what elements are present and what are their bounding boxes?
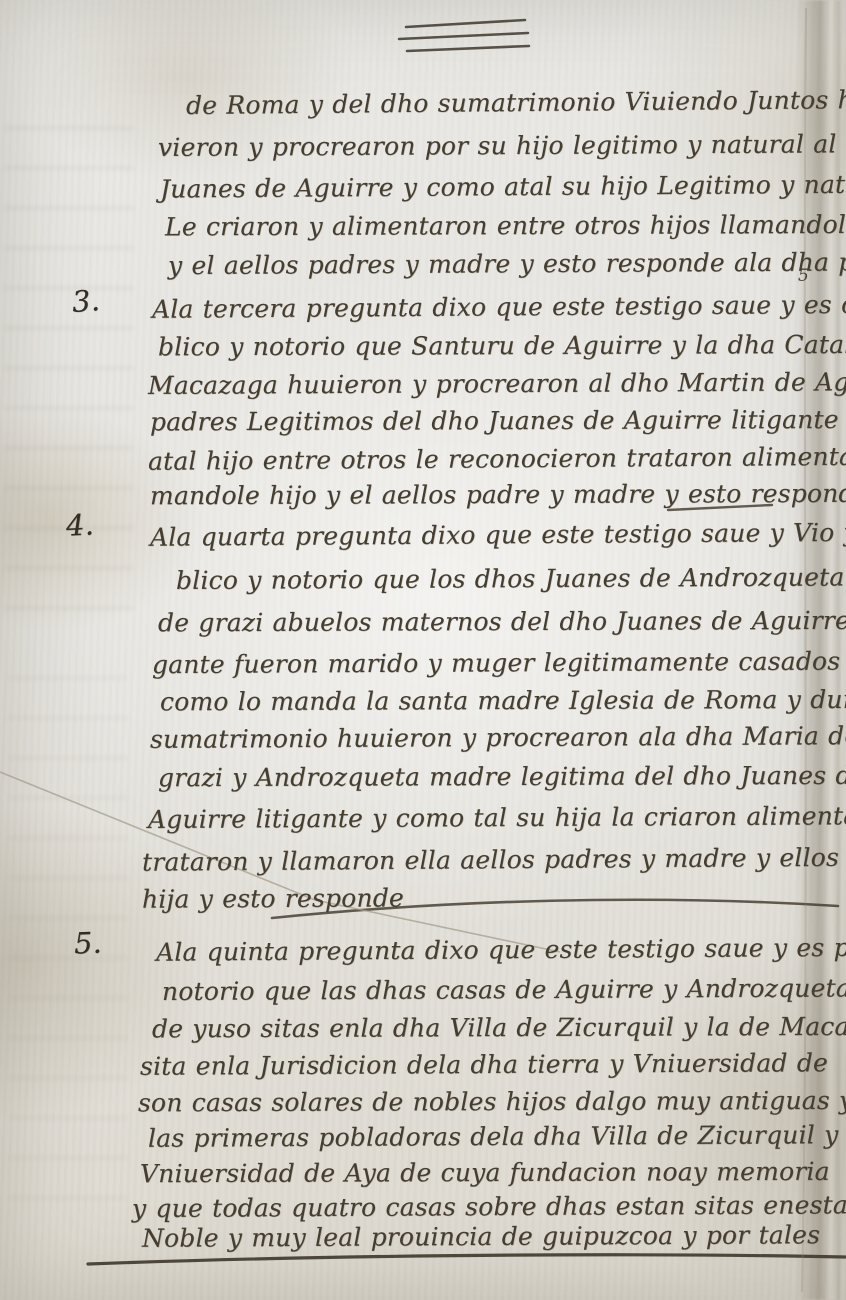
manuscript-line: gante fueron marido y muger legitimament… (152, 646, 846, 679)
manuscript-line: mandole hijo y el aellos padre y madre y… (150, 479, 846, 511)
manuscript-line: y el aellos padres y madre y esto respon… (168, 247, 846, 280)
manuscript-line: Vniuersidad de Aya de cuya fundacion noa… (140, 1157, 830, 1188)
manuscript-line: son casas solares de nobles hijos dalgo … (138, 1086, 846, 1118)
paragraph-number: 5. (73, 926, 102, 961)
manuscript-line: hija y esto responde (142, 883, 404, 913)
manuscript-line: padres Legitimos del dho Juanes de Aguir… (150, 405, 846, 437)
manuscript-line: las primeras pobladoras dela dha Villa d… (148, 1120, 839, 1153)
manuscript-line: de Roma y del dho sumatrimonio Viuiendo … (186, 85, 846, 120)
manuscript-line: Noble y muy leal prouincia de guipuzcoa … (142, 1220, 820, 1253)
manuscript-line: blico y notorio que los dhos Juanes de A… (176, 562, 846, 595)
manuscript-line: grazi y Androzqueta madre legitima del d… (158, 761, 846, 792)
manuscript-line: Ala quarta pregunta dixo que este testig… (150, 517, 846, 551)
manuscript-line: como lo manda la santa madre Iglesia de … (160, 685, 846, 717)
bleed-through (8, 640, 128, 1200)
manuscript-line: sumatrimonio huuieron y procrearon ala d… (150, 721, 846, 754)
manuscript-line: Le criaron y alimentaron entre otros hij… (165, 210, 846, 242)
manuscript-line: notorio que las dhas casas de Aguirre y … (162, 973, 846, 1006)
manuscript-line: blico y notorio que Santuru de Aguirre y… (158, 330, 846, 362)
manuscript-photo: 3. 4. 5. 5 de Roma y del dho sumatrimoni… (0, 0, 846, 1300)
manuscript-line: de grazi abuelos maternos del dho Juanes… (158, 606, 846, 638)
manuscript-line: trataron y llamaron ella aellos padres y… (142, 842, 846, 876)
manuscript-line: Juanes de Aguirre y como atal su hijo Le… (160, 169, 846, 203)
manuscript-line: de yuso sitas enla dha Villa de Zicurqui… (152, 1012, 846, 1044)
manuscript-line: Macazaga huuieron y procrearon al dho Ma… (148, 367, 846, 400)
manuscript-line: Ala quinta pregunta dixo que este testig… (156, 932, 846, 966)
manuscript-line: vieron y procrearon por su hijo legitimo… (158, 129, 846, 162)
manuscript-line: sita enla Jurisdicion dela dha tierra y … (140, 1048, 828, 1081)
manuscript-line: Ala tercera pregunta dixo que este testi… (152, 289, 846, 324)
paragraph-number: 4. (65, 507, 94, 542)
manuscript-line: Aguirre litigante y como tal su hija la … (148, 801, 846, 834)
paragraph-number: 3. (71, 283, 101, 319)
manuscript-line: atal hijo entre otros le reconocieron tr… (148, 441, 846, 476)
manuscript-line: y que todas quatro casas sobre dhas esta… (132, 1190, 846, 1223)
